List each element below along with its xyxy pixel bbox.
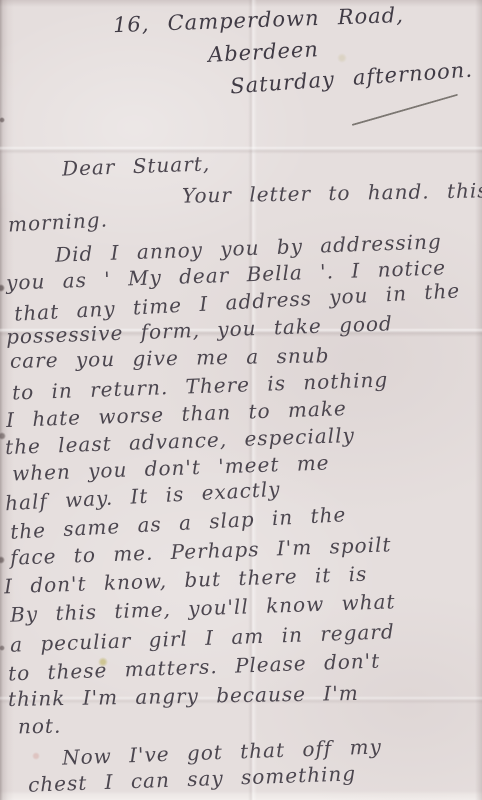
pen-flourish-line [352, 94, 458, 126]
body-line-17: think I'm angry because I'm [8, 681, 359, 711]
address-line-2: Aberdeen [207, 37, 319, 67]
address-line-1: 16, Camperdown Road, [113, 3, 405, 37]
letter-page: 16, Camperdown Road, Aberdeen Saturday a… [0, 0, 482, 800]
body-line-5: care you give me a snub [10, 343, 330, 373]
salutation: Dear Stuart, [62, 151, 211, 180]
body-line-18: not. [18, 714, 62, 739]
opening-line-1: Your letter to hand. this [182, 178, 482, 207]
opening-line-2: morning. [7, 207, 108, 236]
